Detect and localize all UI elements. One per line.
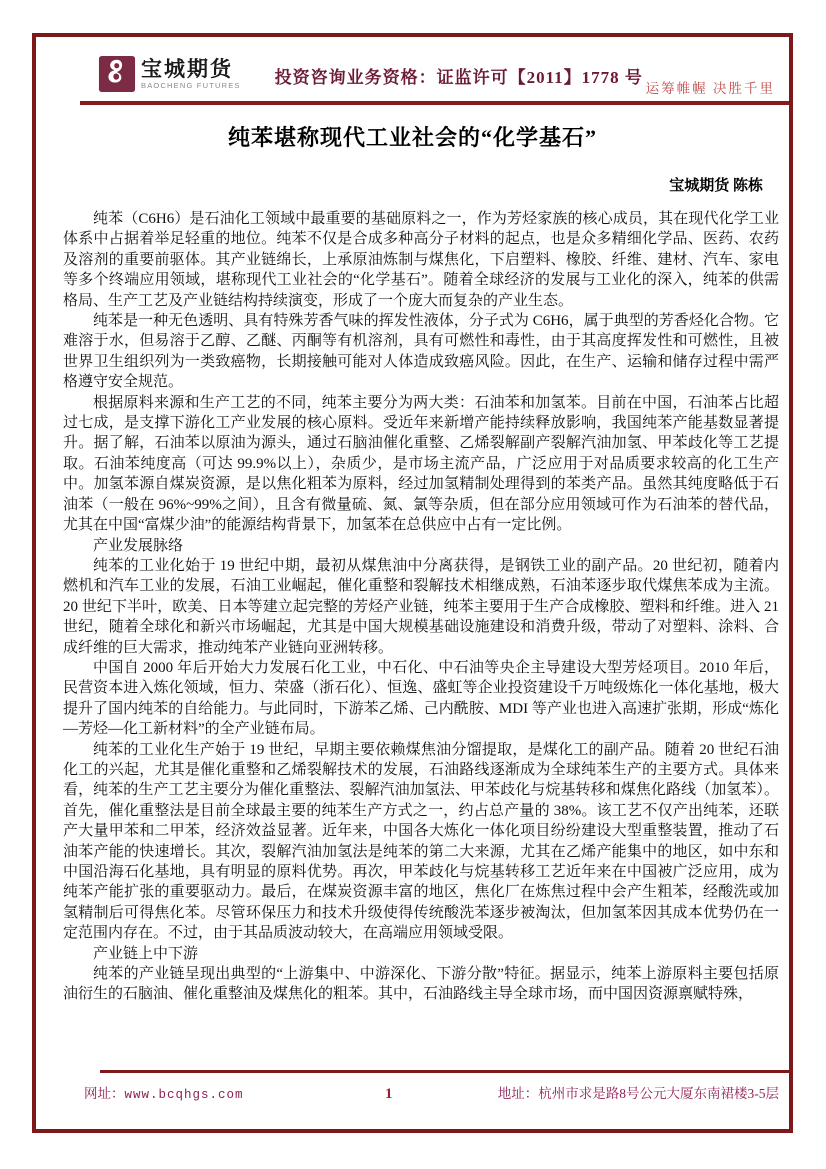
website-label: 网址： bbox=[84, 1086, 125, 1101]
footer-row: 网址：www.bcqhgs.com 1 地址：杭州市求是路8号公元大厦东南裙楼3… bbox=[36, 1082, 789, 1103]
body-paragraph: 纯苯的工业化生产始于 19 世纪，早期主要依赖煤焦油分馏提取，是煤化工的副产品。… bbox=[63, 740, 779, 944]
baocheng-logo-icon bbox=[98, 55, 136, 93]
address-label: 地址： bbox=[498, 1086, 539, 1101]
company-slogan: 运筹帷幄 决胜千里 bbox=[646, 77, 775, 97]
section-heading: 产业链上中下游 bbox=[63, 944, 779, 964]
qualification-text: 投资咨询业务资格：证监许可【2011】1778 号 bbox=[275, 63, 643, 88]
document-footer: 网址：www.bcqhgs.com 1 地址：杭州市求是路8号公元大厦东南裙楼3… bbox=[36, 1070, 789, 1103]
body-paragraph: 纯苯的工业化始于 19 世纪中期，最初从煤焦油中分离获得，是钢铁工业的副产品。2… bbox=[63, 556, 779, 658]
website-url[interactable]: www.bcqhgs.com bbox=[125, 1088, 244, 1102]
logo-wordmark: 宝城期货 BAOCHENG FUTURES bbox=[141, 59, 241, 90]
brand-name-cn: 宝城期货 bbox=[141, 59, 241, 80]
body-paragraph: 纯苯的产业链呈现出典型的“上游集中、中游深化、下游分散”特征。据显示，纯苯上游原… bbox=[63, 964, 779, 1005]
document-page: 宝城期货 BAOCHENG FUTURES 投资咨询业务资格：证监许可【2011… bbox=[0, 0, 826, 1169]
footer-divider bbox=[100, 1070, 789, 1073]
body-paragraph: 纯苯是一种无色透明、具有特殊芳香气味的挥发性液体，分子式为 C6H6，属于典型的… bbox=[63, 311, 779, 393]
document-header: 宝城期货 BAOCHENG FUTURES 投资咨询业务资格：证监许可【2011… bbox=[36, 37, 789, 97]
page-title: 纯苯堪称现代工业社会的“化学基石” bbox=[46, 121, 779, 152]
company-logo: 宝城期货 BAOCHENG FUTURES bbox=[98, 55, 241, 93]
body-paragraph: 纯苯（C6H6）是石油化工领域中最重要的基础原料之一，作为芳烃家族的核心成员，其… bbox=[63, 209, 779, 311]
author-line: 宝城期货 陈栋 bbox=[36, 174, 789, 195]
address-value: 杭州市求是路8号公元大厦东南裙楼3-5层 bbox=[538, 1086, 779, 1101]
brand-name-en: BAOCHENG FUTURES bbox=[141, 82, 241, 90]
body-paragraph: 中国自 2000 年后开始大力发展石化工业，中石化、中石油等央企主导建设大型芳烃… bbox=[63, 658, 779, 740]
document-body: 纯苯（C6H6）是石油化工领域中最重要的基础原料之一，作为芳烃家族的核心成员，其… bbox=[36, 195, 789, 1005]
section-heading: 产业发展脉络 bbox=[63, 536, 779, 556]
footer-address: 地址：杭州市求是路8号公元大厦东南裙楼3-5层 bbox=[409, 1082, 789, 1102]
header-divider bbox=[80, 101, 789, 105]
page-number: 1 bbox=[369, 1086, 409, 1103]
body-paragraph: 根据原料来源和生产工艺的不同，纯苯主要分为两大类：石油苯和加氢苯。目前在中国，石… bbox=[63, 393, 779, 536]
page-border-frame: 宝城期货 BAOCHENG FUTURES 投资咨询业务资格：证监许可【2011… bbox=[32, 33, 793, 1133]
footer-website: 网址：www.bcqhgs.com bbox=[36, 1082, 369, 1102]
